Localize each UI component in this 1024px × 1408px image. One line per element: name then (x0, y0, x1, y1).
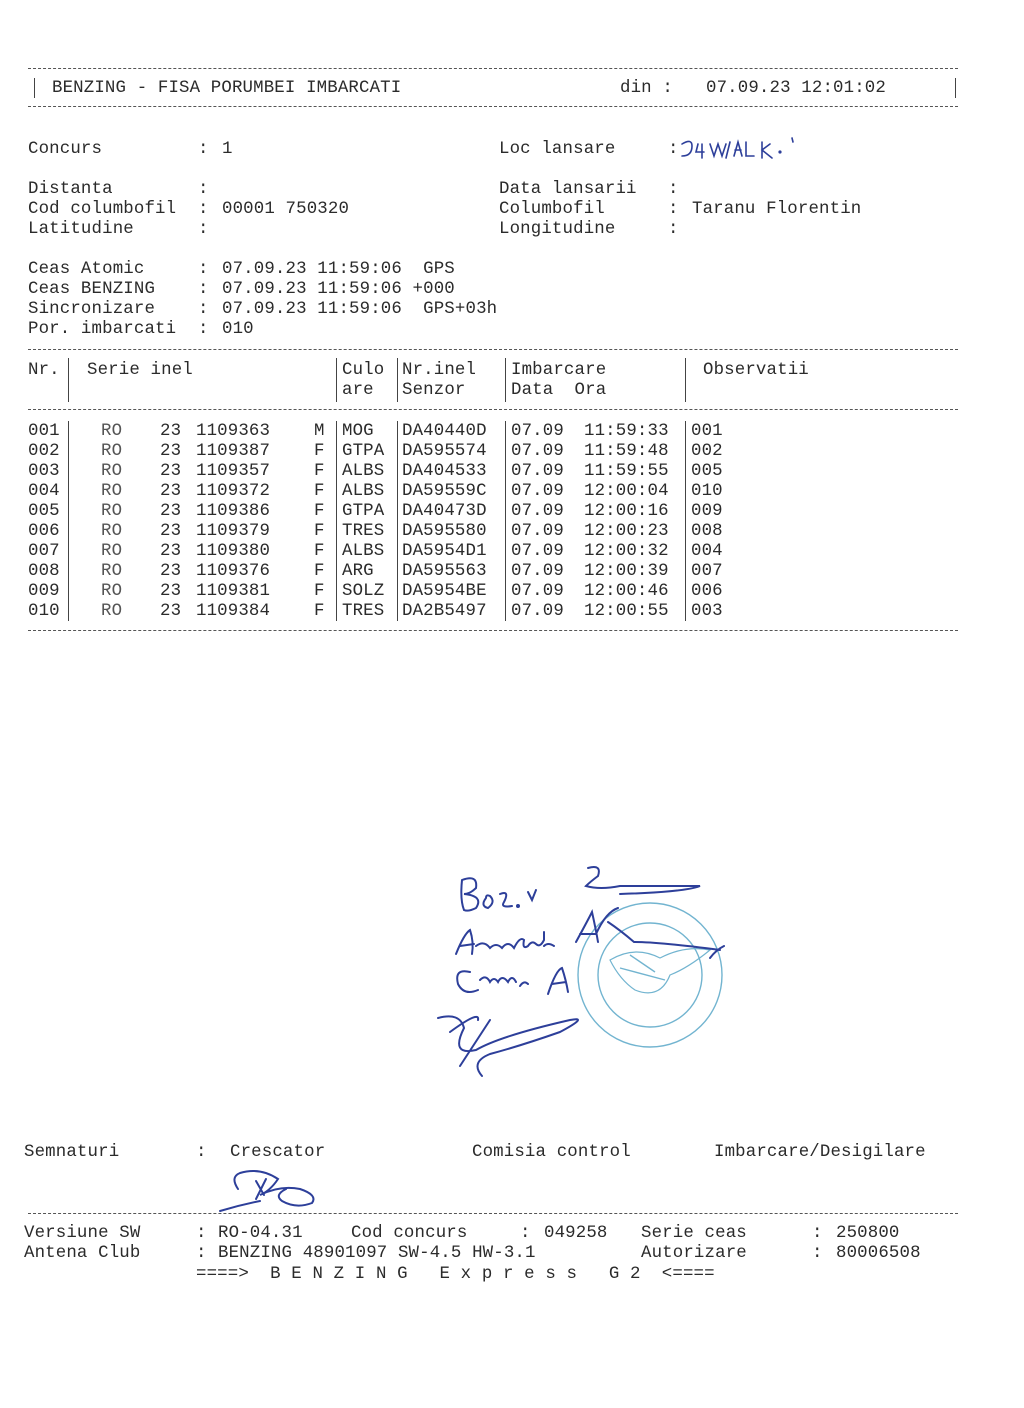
club-stamp-icon (578, 903, 722, 1047)
cell-sex: F (314, 542, 325, 562)
cell-obs: 006 (691, 582, 723, 602)
col-divider (685, 481, 686, 501)
col-divider (68, 461, 69, 481)
benzing-express-brand-line: ====> B E N Z I N G E x p r e s s G 2 <=… (196, 1265, 715, 1285)
cell-time: 11:59:33 (584, 422, 669, 442)
cell-country: RO (101, 582, 122, 602)
serie-ceas-label: Serie ceas (641, 1224, 747, 1244)
cell-sensor: DA59559C (402, 482, 487, 502)
data-lansarii-colon: : (668, 180, 679, 200)
cell-time: 11:59:48 (584, 442, 669, 462)
col-divider (685, 581, 686, 601)
cell-obs: 003 (691, 602, 723, 622)
cell-color: MOG (342, 422, 374, 442)
cell-year: 23 (160, 582, 181, 602)
cell-obs: 010 (691, 482, 723, 502)
cell-ring: 1109387 (196, 442, 270, 462)
imbarcare-desigilare-label: Imbarcare/Desigilare (714, 1143, 926, 1163)
col-divider (397, 501, 398, 521)
table-bottom-rule (28, 630, 958, 631)
cell-sensor: DA404533 (402, 462, 487, 482)
ceas-atomic-value: 07.09.23 11:59:06 GPS (222, 260, 455, 280)
col-divider (685, 601, 686, 621)
cell-nr: 004 (28, 482, 60, 502)
table-header-rule (28, 409, 958, 410)
cell-sex: F (314, 602, 325, 622)
cod-columbofil-label: Cod columbofil (28, 200, 176, 220)
cell-obs: 007 (691, 562, 723, 582)
cell-time: 12:00:32 (584, 542, 669, 562)
col-nrinel-1: Nr.inel (402, 361, 476, 381)
cell-ring: 1109384 (196, 602, 270, 622)
col-divider (68, 521, 69, 541)
cell-date: 07.09 (511, 442, 564, 462)
por-imbarcati-value: 010 (222, 320, 254, 340)
concurs-value: 1 (222, 140, 233, 160)
cell-color: GTPA (342, 442, 384, 462)
col-divider (685, 561, 686, 581)
cell-sex: F (314, 462, 325, 482)
antena-club-value: BENZING 48901097 SW-4.5 HW-3.1 (218, 1244, 536, 1264)
cell-date: 07.09 (511, 462, 564, 482)
cell-color: GTPA (342, 502, 384, 522)
cod-concurs-value: 049258 (544, 1224, 608, 1244)
serie-ceas-value: 250800 (836, 1224, 900, 1244)
cell-color: ALBS (342, 462, 384, 482)
col-divider (68, 441, 69, 461)
cell-sensor: DA40440D (402, 422, 487, 442)
cell-sex: M (314, 422, 325, 442)
col-divider (685, 541, 686, 561)
cell-date: 07.09 (511, 562, 564, 582)
concurs-colon: : (198, 140, 209, 160)
cell-sex: F (314, 502, 325, 522)
header-date-value: 07.09.23 12:01:02 (706, 79, 886, 99)
col-divider (336, 601, 337, 621)
col-divider (505, 601, 506, 621)
cell-year: 23 (160, 482, 181, 502)
antena-club-colon: : (196, 1244, 207, 1264)
crescator-label: Crescator (230, 1143, 325, 1163)
latitudine-label: Latitudine (28, 220, 134, 240)
cell-nr: 006 (28, 522, 60, 542)
cell-nr: 001 (28, 422, 60, 442)
cell-ring: 1109381 (196, 582, 270, 602)
cell-country: RO (101, 482, 122, 502)
cell-year: 23 (160, 562, 181, 582)
col-divider (397, 481, 398, 501)
data-lansarii-label: Data lansarii (499, 180, 637, 200)
col-divider (505, 421, 506, 441)
col-divider (68, 601, 69, 621)
col-divider (336, 501, 337, 521)
col-divider (397, 601, 398, 621)
col-divider (397, 441, 398, 461)
col-divider (68, 358, 69, 402)
cell-ring: 1109372 (196, 482, 270, 502)
loc-lansare-label: Loc lansare (499, 140, 615, 160)
cell-sex: F (314, 582, 325, 602)
cell-sex: F (314, 562, 325, 582)
cell-obs: 009 (691, 502, 723, 522)
cell-date: 07.09 (511, 582, 564, 602)
cell-time: 12:00:16 (584, 502, 669, 522)
ceas-benzing-label: Ceas BENZING (28, 280, 155, 300)
cell-obs: 002 (691, 442, 723, 462)
header-bottom-rule (28, 106, 958, 107)
longitudine-label: Longitudine (499, 220, 615, 240)
col-divider (397, 461, 398, 481)
cell-date: 07.09 (511, 522, 564, 542)
cell-date: 07.09 (511, 502, 564, 522)
document-title: BENZING - FISA PORUMBEI IMBARCATI (52, 79, 401, 99)
header-left-bar (34, 78, 35, 98)
cell-sex: F (314, 442, 325, 462)
cell-ring: 1109363 (196, 422, 270, 442)
cell-sex: F (314, 482, 325, 502)
header-right-bar (955, 78, 956, 98)
cell-nr: 007 (28, 542, 60, 562)
col-divider (336, 481, 337, 501)
col-divider (336, 581, 337, 601)
autorizare-colon: : (812, 1244, 823, 1264)
cell-ring: 1109386 (196, 502, 270, 522)
cod-columbofil-colon: : (198, 200, 209, 220)
antena-club-label: Antena Club (24, 1244, 140, 1264)
cell-year: 23 (160, 542, 181, 562)
semnaturi-label: Semnaturi (24, 1143, 119, 1163)
col-divider (505, 541, 506, 561)
por-imbarcati-label: Por. imbarcati (28, 320, 176, 340)
col-divider (685, 358, 686, 402)
cell-date: 07.09 (511, 542, 564, 562)
cell-year: 23 (160, 522, 181, 542)
cell-date: 07.09 (511, 482, 564, 502)
cell-nr: 008 (28, 562, 60, 582)
col-divider (336, 461, 337, 481)
header-top-rule (28, 68, 958, 69)
loc-lansare-handwritten (680, 136, 810, 164)
col-divider (685, 501, 686, 521)
ceas-atomic-colon: : (198, 260, 209, 280)
cod-concurs-label: Cod concurs (351, 1224, 467, 1244)
col-divider (336, 358, 337, 402)
latitudine-colon: : (198, 220, 209, 240)
distanta-label: Distanta (28, 180, 113, 200)
col-divider (505, 521, 506, 541)
table-top-rule (28, 349, 958, 350)
loc-lansare-colon: : (668, 140, 679, 160)
col-divider (505, 461, 506, 481)
col-divider (336, 421, 337, 441)
cell-time: 12:00:23 (584, 522, 669, 542)
cell-sex: F (314, 522, 325, 542)
col-divider (336, 521, 337, 541)
autorizare-value: 80006508 (836, 1244, 921, 1264)
cell-ring: 1109379 (196, 522, 270, 542)
col-divider (68, 541, 69, 561)
cod-columbofil-value: 00001 750320 (222, 200, 349, 220)
col-divider (336, 561, 337, 581)
col-divider (397, 358, 398, 402)
col-imbarcare-1: Imbarcare (511, 361, 606, 381)
cell-sensor: DA5954BE (402, 582, 487, 602)
ceas-benzing-colon: : (198, 280, 209, 300)
col-divider (336, 541, 337, 561)
columbofil-colon: : (668, 200, 679, 220)
cell-ring: 1109380 (196, 542, 270, 562)
col-divider (685, 461, 686, 481)
cell-date: 07.09 (511, 422, 564, 442)
cell-sensor: DA595574 (402, 442, 487, 462)
sincronizare-colon: : (198, 300, 209, 320)
col-divider (397, 581, 398, 601)
cell-sensor: DA595563 (402, 562, 487, 582)
col-divider (68, 581, 69, 601)
cell-year: 23 (160, 422, 181, 442)
col-divider (336, 441, 337, 461)
cell-year: 23 (160, 442, 181, 462)
columbofil-label: Columbofil (499, 200, 605, 220)
col-divider (505, 358, 506, 402)
cell-color: SOLZ (342, 582, 384, 602)
cell-country: RO (101, 422, 122, 442)
col-divider (505, 501, 506, 521)
versiune-sw-colon: : (196, 1224, 207, 1244)
col-divider (505, 441, 506, 461)
col-divider (68, 501, 69, 521)
col-serie-inel: Serie inel (87, 361, 193, 381)
cell-date: 07.09 (511, 602, 564, 622)
cell-color: TRES (342, 522, 384, 542)
col-culoare-2: are (342, 381, 374, 401)
ceas-atomic-label: Ceas Atomic (28, 260, 144, 280)
longitudine-colon: : (668, 220, 679, 240)
cell-year: 23 (160, 462, 181, 482)
serie-ceas-colon: : (812, 1224, 823, 1244)
cell-nr: 003 (28, 462, 60, 482)
cell-obs: 004 (691, 542, 723, 562)
cell-sensor: DA5954D1 (402, 542, 487, 562)
col-divider (685, 441, 686, 461)
cell-nr: 009 (28, 582, 60, 602)
cell-color: TRES (342, 602, 384, 622)
header-date-label: din : (620, 79, 673, 99)
cell-country: RO (101, 542, 122, 562)
cell-color: ARG (342, 562, 374, 582)
cell-time: 12:00:55 (584, 602, 669, 622)
versiune-sw-value: RO-04.31 (218, 1224, 303, 1244)
cell-obs: 001 (691, 422, 723, 442)
cell-nr: 010 (28, 602, 60, 622)
concurs-label: Concurs (28, 140, 102, 160)
cell-time: 12:00:46 (584, 582, 669, 602)
col-divider (685, 421, 686, 441)
col-divider (685, 521, 686, 541)
col-imbarcare-2: Data Ora (511, 381, 606, 401)
sincronizare-label: Sincronizare (28, 300, 155, 320)
ceas-benzing-value: 07.09.23 11:59:06 +000 (222, 280, 455, 300)
distanta-colon: : (198, 180, 209, 200)
cell-color: ALBS (342, 542, 384, 562)
cell-country: RO (101, 602, 122, 622)
col-divider (68, 421, 69, 441)
col-nr: Nr. (28, 361, 60, 381)
cell-time: 12:00:04 (584, 482, 669, 502)
semnaturi-colon: : (196, 1143, 207, 1163)
cell-country: RO (101, 502, 122, 522)
col-divider (397, 541, 398, 561)
cell-sensor: DA40473D (402, 502, 487, 522)
cell-country: RO (101, 442, 122, 462)
cell-year: 23 (160, 602, 181, 622)
crescator-signature (200, 1165, 350, 1215)
col-observatii: Observatii (703, 361, 809, 381)
cell-obs: 005 (691, 462, 723, 482)
col-divider (68, 561, 69, 581)
cell-color: ALBS (342, 482, 384, 502)
cell-country: RO (101, 462, 122, 482)
autorizare-label: Autorizare (641, 1244, 747, 1264)
cell-nr: 002 (28, 442, 60, 462)
cell-year: 23 (160, 502, 181, 522)
col-culoare-1: Culo (342, 361, 384, 381)
cell-time: 12:00:39 (584, 562, 669, 582)
col-divider (397, 421, 398, 441)
por-imbarcati-colon: : (198, 320, 209, 340)
comisia-control-label: Comisia control (472, 1143, 631, 1163)
cell-time: 11:59:55 (584, 462, 669, 482)
cell-sensor: DA595580 (402, 522, 487, 542)
cell-country: RO (101, 522, 122, 542)
columbofil-value: Taranu Florentin (692, 200, 861, 220)
versiune-sw-label: Versiune SW (24, 1224, 140, 1244)
col-divider (505, 481, 506, 501)
col-divider (505, 561, 506, 581)
footer-rule (28, 1213, 958, 1214)
cell-ring: 1109376 (196, 562, 270, 582)
cell-ring: 1109357 (196, 462, 270, 482)
col-nrinel-2: Senzor (402, 381, 466, 401)
sincronizare-value: 07.09.23 11:59:06 GPS+03h (222, 300, 497, 320)
cell-country: RO (101, 562, 122, 582)
col-divider (505, 581, 506, 601)
cell-nr: 005 (28, 502, 60, 522)
cell-obs: 008 (691, 522, 723, 542)
col-divider (397, 561, 398, 581)
col-divider (68, 481, 69, 501)
col-divider (397, 521, 398, 541)
cod-concurs-colon: : (520, 1224, 531, 1244)
commission-signatures-stamp (420, 850, 740, 1080)
cell-sensor: DA2B5497 (402, 602, 487, 622)
